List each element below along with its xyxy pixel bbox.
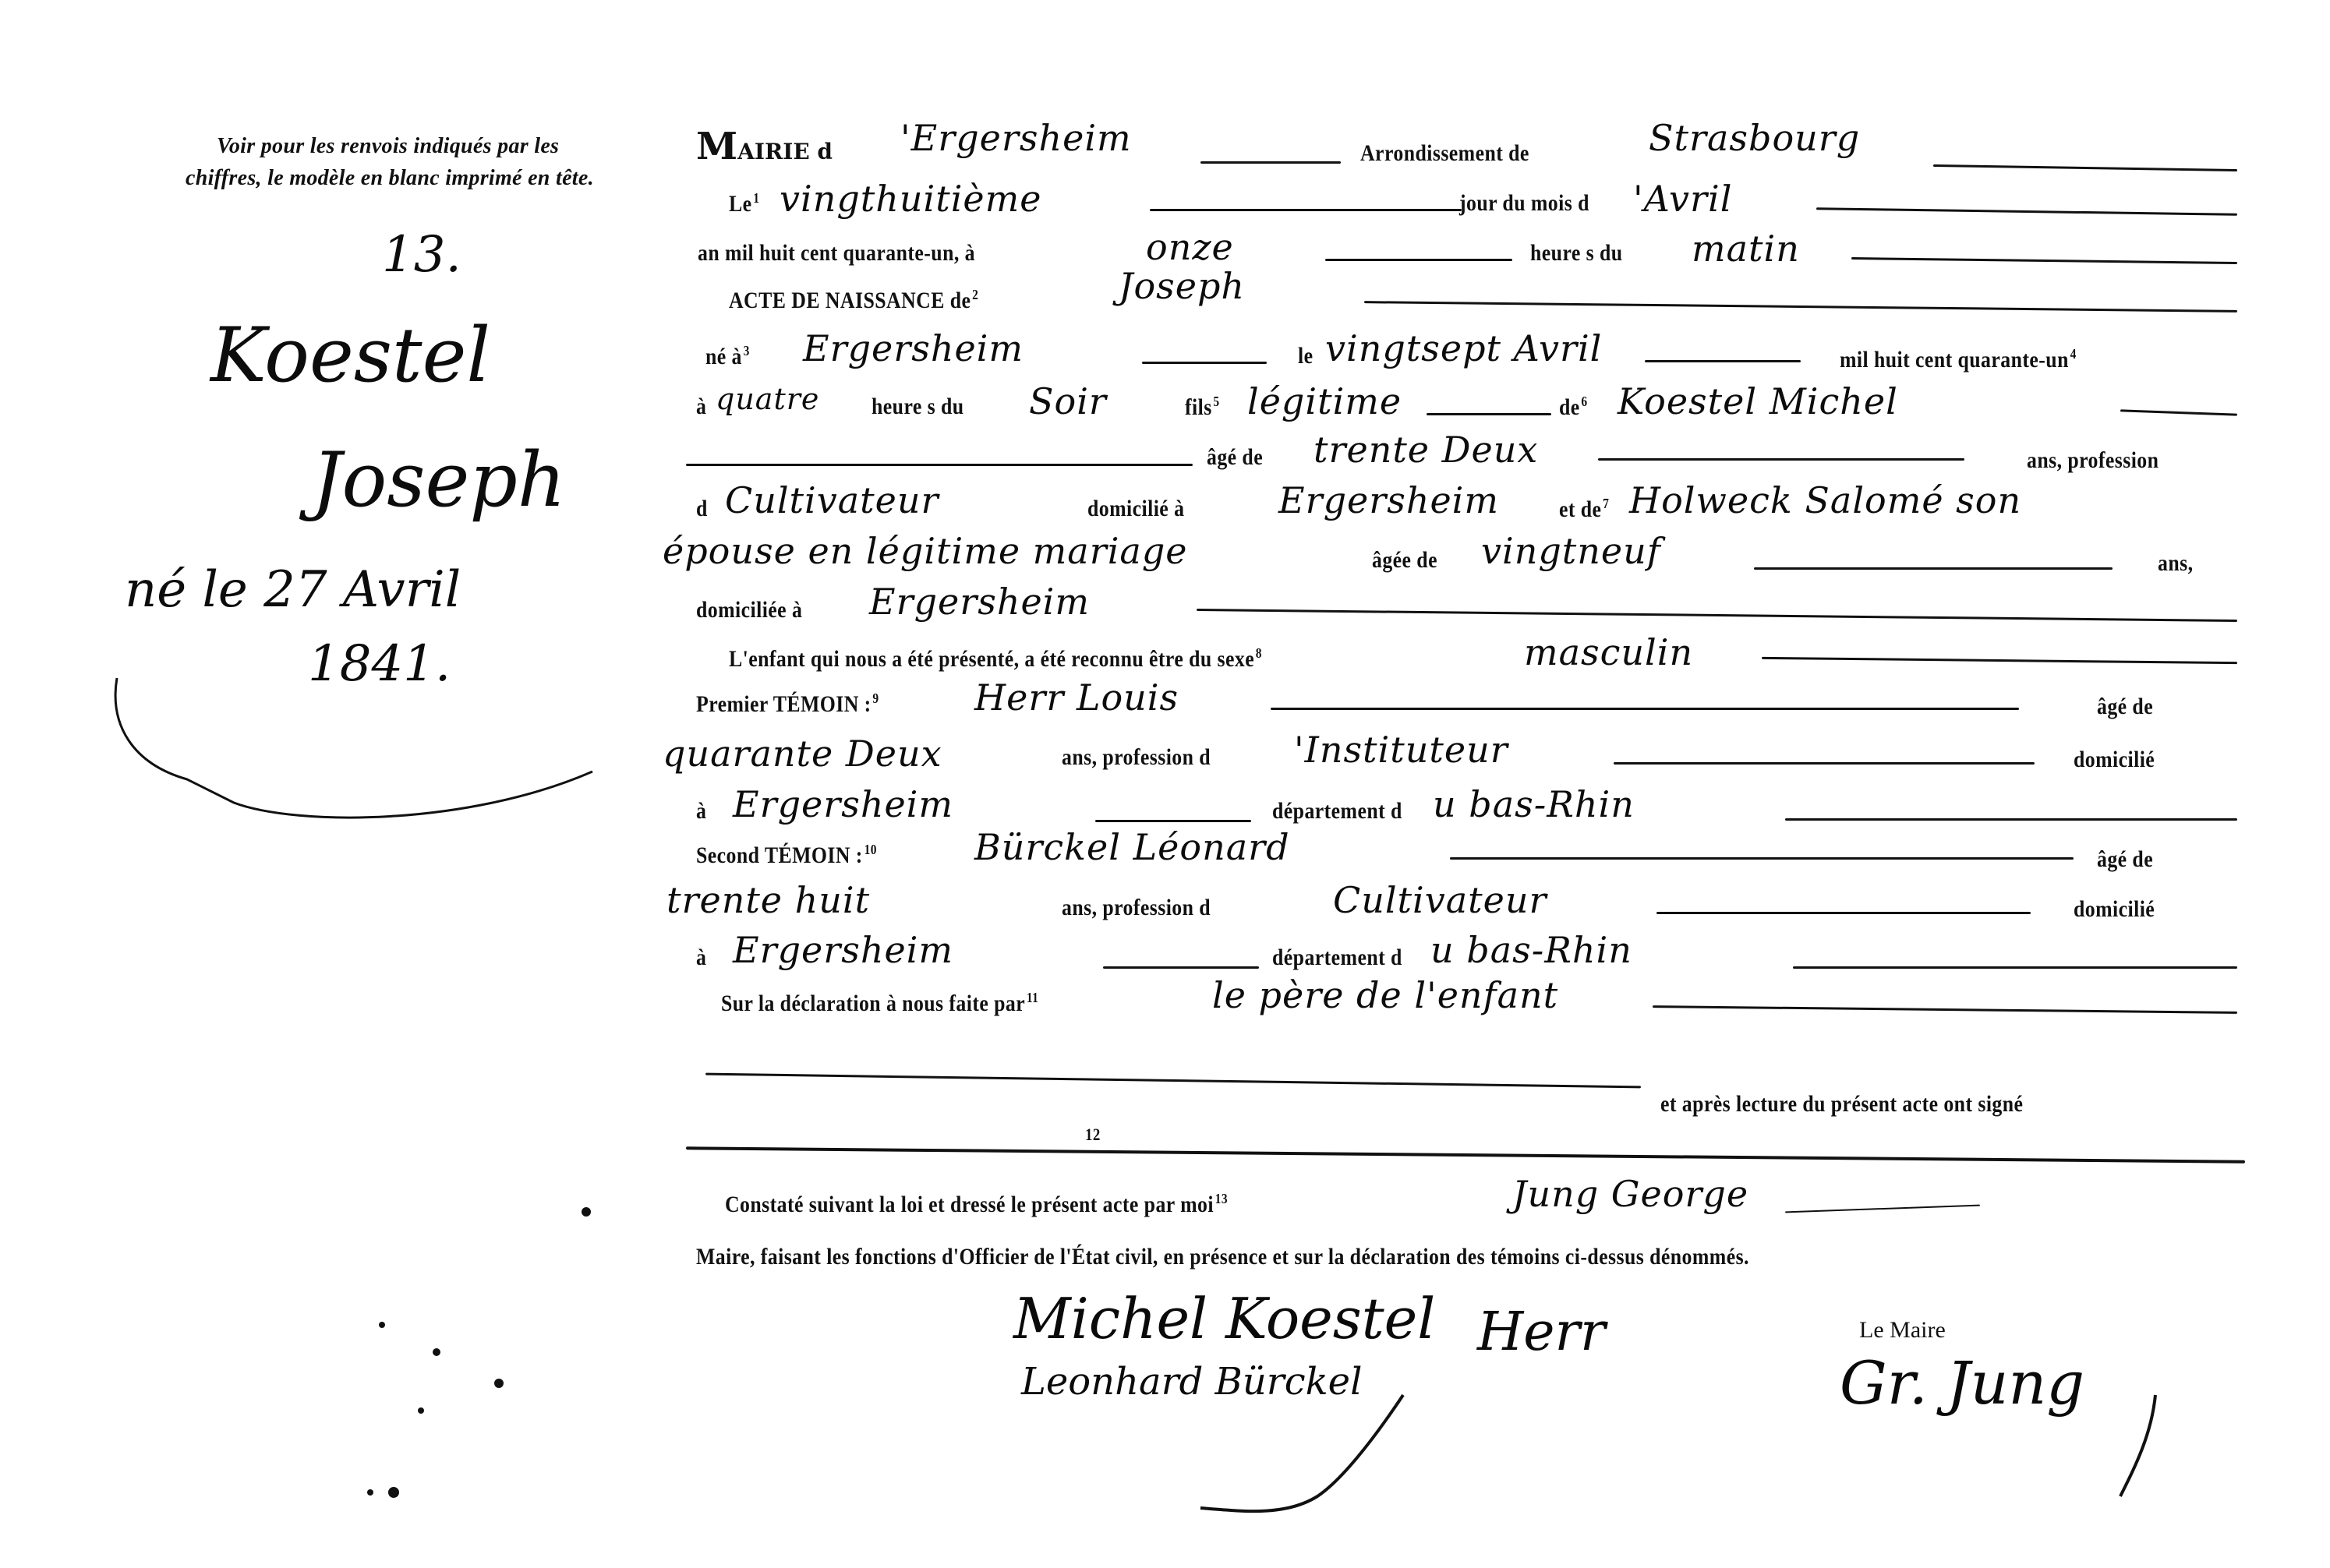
lecture-label: et après lecture du présent acte ont sig…: [1660, 1091, 2023, 1118]
mother-age: vingtneuf: [1481, 530, 1661, 572]
declaration-label: Sur la déclaration à nous faite par11: [721, 990, 1040, 1017]
witness2-profession: Cultivateur: [1333, 879, 1547, 921]
le-maire-label: Le Maire: [1859, 1317, 1946, 1344]
arrondissement-label: Arrondissement de: [1360, 140, 1529, 167]
domiciliee-label: domiciliée à: [696, 597, 802, 623]
witness2-departement-label: département d: [1272, 945, 1402, 971]
witness2-domicile: Ergersheim: [733, 929, 953, 971]
witness2-label: Second TÉMOIN :10: [696, 842, 879, 869]
birthplace: Ergersheim: [803, 327, 1024, 369]
witness2-profession-label: ans, profession d: [1062, 895, 1211, 921]
father-age-label: âgé de: [1207, 444, 1263, 471]
witness1-profession-label: ans, profession d: [1062, 744, 1211, 771]
le-date-label: le: [1298, 343, 1313, 369]
witness1-profession: 'Instituteur: [1294, 729, 1508, 771]
domicilie-a-label: domicilié à: [1087, 496, 1184, 522]
witness2-domicilie-label: domicilié: [2074, 896, 2155, 923]
constate-label: Constaté suivant la loi et dressé le pré…: [725, 1191, 1229, 1218]
witness1-name: Herr Louis: [974, 676, 1179, 719]
birth-heures-label: heure s du: [872, 394, 964, 420]
birth-period: Soir: [1029, 380, 1107, 422]
maire-statement: Maire, faisant les fonctions d'Officier …: [696, 1244, 1749, 1270]
signature-witness2: Leonhard Bürckel: [1021, 1360, 1362, 1404]
father-domicile: Ergersheim: [1278, 479, 1499, 521]
father-age: trente Deux: [1313, 429, 1538, 471]
witness1-domicilie-label: domicilié: [2074, 747, 2155, 773]
le-label: Le1: [729, 190, 761, 217]
mother-relation: épouse en légitime mariage: [663, 530, 1188, 572]
witness2-a-label: à: [696, 945, 706, 971]
a-label: à: [696, 394, 706, 420]
father-profession: Cultivateur: [725, 479, 939, 521]
ans-label: ans,: [2158, 550, 2193, 577]
signature-mayor: Gr. Jung: [1840, 1348, 2084, 1418]
mother-name: Holweck Salomé son: [1629, 479, 2021, 521]
witness2-age: trente huit: [666, 879, 870, 921]
de-label: de6: [1559, 394, 1589, 421]
legitimacy: légitime: [1247, 380, 1402, 422]
footnote-12: 12: [1085, 1125, 1101, 1145]
witness1-departement-label: département d: [1272, 798, 1402, 825]
arrondissement-value: Strasbourg: [1649, 117, 1860, 159]
mairie-initial: M: [696, 125, 737, 168]
witness2-name: Bürckel Léonard: [974, 826, 1290, 868]
witness2-departement: u bas-Rhin: [1430, 929, 1632, 971]
birth-hour: quatre: [716, 382, 819, 416]
mairie-label-text: AIRIE d: [737, 139, 833, 164]
father-name: Koestel Michel: [1618, 380, 1898, 422]
sexe-label: L'enfant qui nous a été présenté, a été …: [729, 645, 1264, 673]
fils-label: fils5: [1185, 394, 1221, 421]
mairie-label: MAIRIE d: [696, 125, 833, 168]
d-label: d: [696, 496, 708, 522]
hour-value: onze: [1146, 226, 1234, 268]
year-label: mil huit cent quarante-un4: [1840, 346, 2077, 373]
witness1-age: quarante Deux: [663, 733, 942, 775]
witness1-label: Premier TÉMOIN :9: [696, 690, 880, 718]
witness1-a-label: à: [696, 798, 706, 825]
an-label: an mil huit cent quarante-un, à: [698, 240, 975, 267]
officer-name: Jung George: [1512, 1173, 1748, 1215]
day-value: vingthuitième: [780, 178, 1041, 220]
heures-label: heure s du: [1530, 240, 1623, 267]
child-name: Joseph: [1119, 265, 1245, 307]
mother-domicile: Ergersheim: [869, 581, 1090, 623]
witness2-age-label: âgé de: [2097, 846, 2153, 873]
witness1-domicile: Ergersheim: [733, 783, 953, 825]
signature-witness1: Herr: [1477, 1301, 1606, 1363]
signature-father: Michel Koestel: [1013, 1286, 1435, 1351]
mother-age-label: âgée de: [1372, 547, 1437, 574]
ans-profession-label: ans, profession: [2027, 447, 2159, 474]
ne-a-label: né à3: [705, 343, 751, 370]
birth-date: vingtsept Avril: [1325, 327, 1602, 369]
sex-value: masculin: [1524, 631, 1693, 673]
et-de-label: et de7: [1559, 496, 1610, 523]
witness1-age-label: âgé de: [2097, 694, 2153, 720]
witness1-departement: u bas-Rhin: [1433, 783, 1635, 825]
month-value: 'Avril: [1633, 178, 1732, 220]
mairie-value: 'Ergersheim: [900, 117, 1132, 159]
jour-label: jour du mois d: [1459, 190, 1589, 217]
period-value: matin: [1692, 228, 1800, 270]
declarant: le père de l'enfant: [1212, 974, 1558, 1016]
acte-label: ACTE DE NAISSANCE de2: [729, 287, 980, 314]
